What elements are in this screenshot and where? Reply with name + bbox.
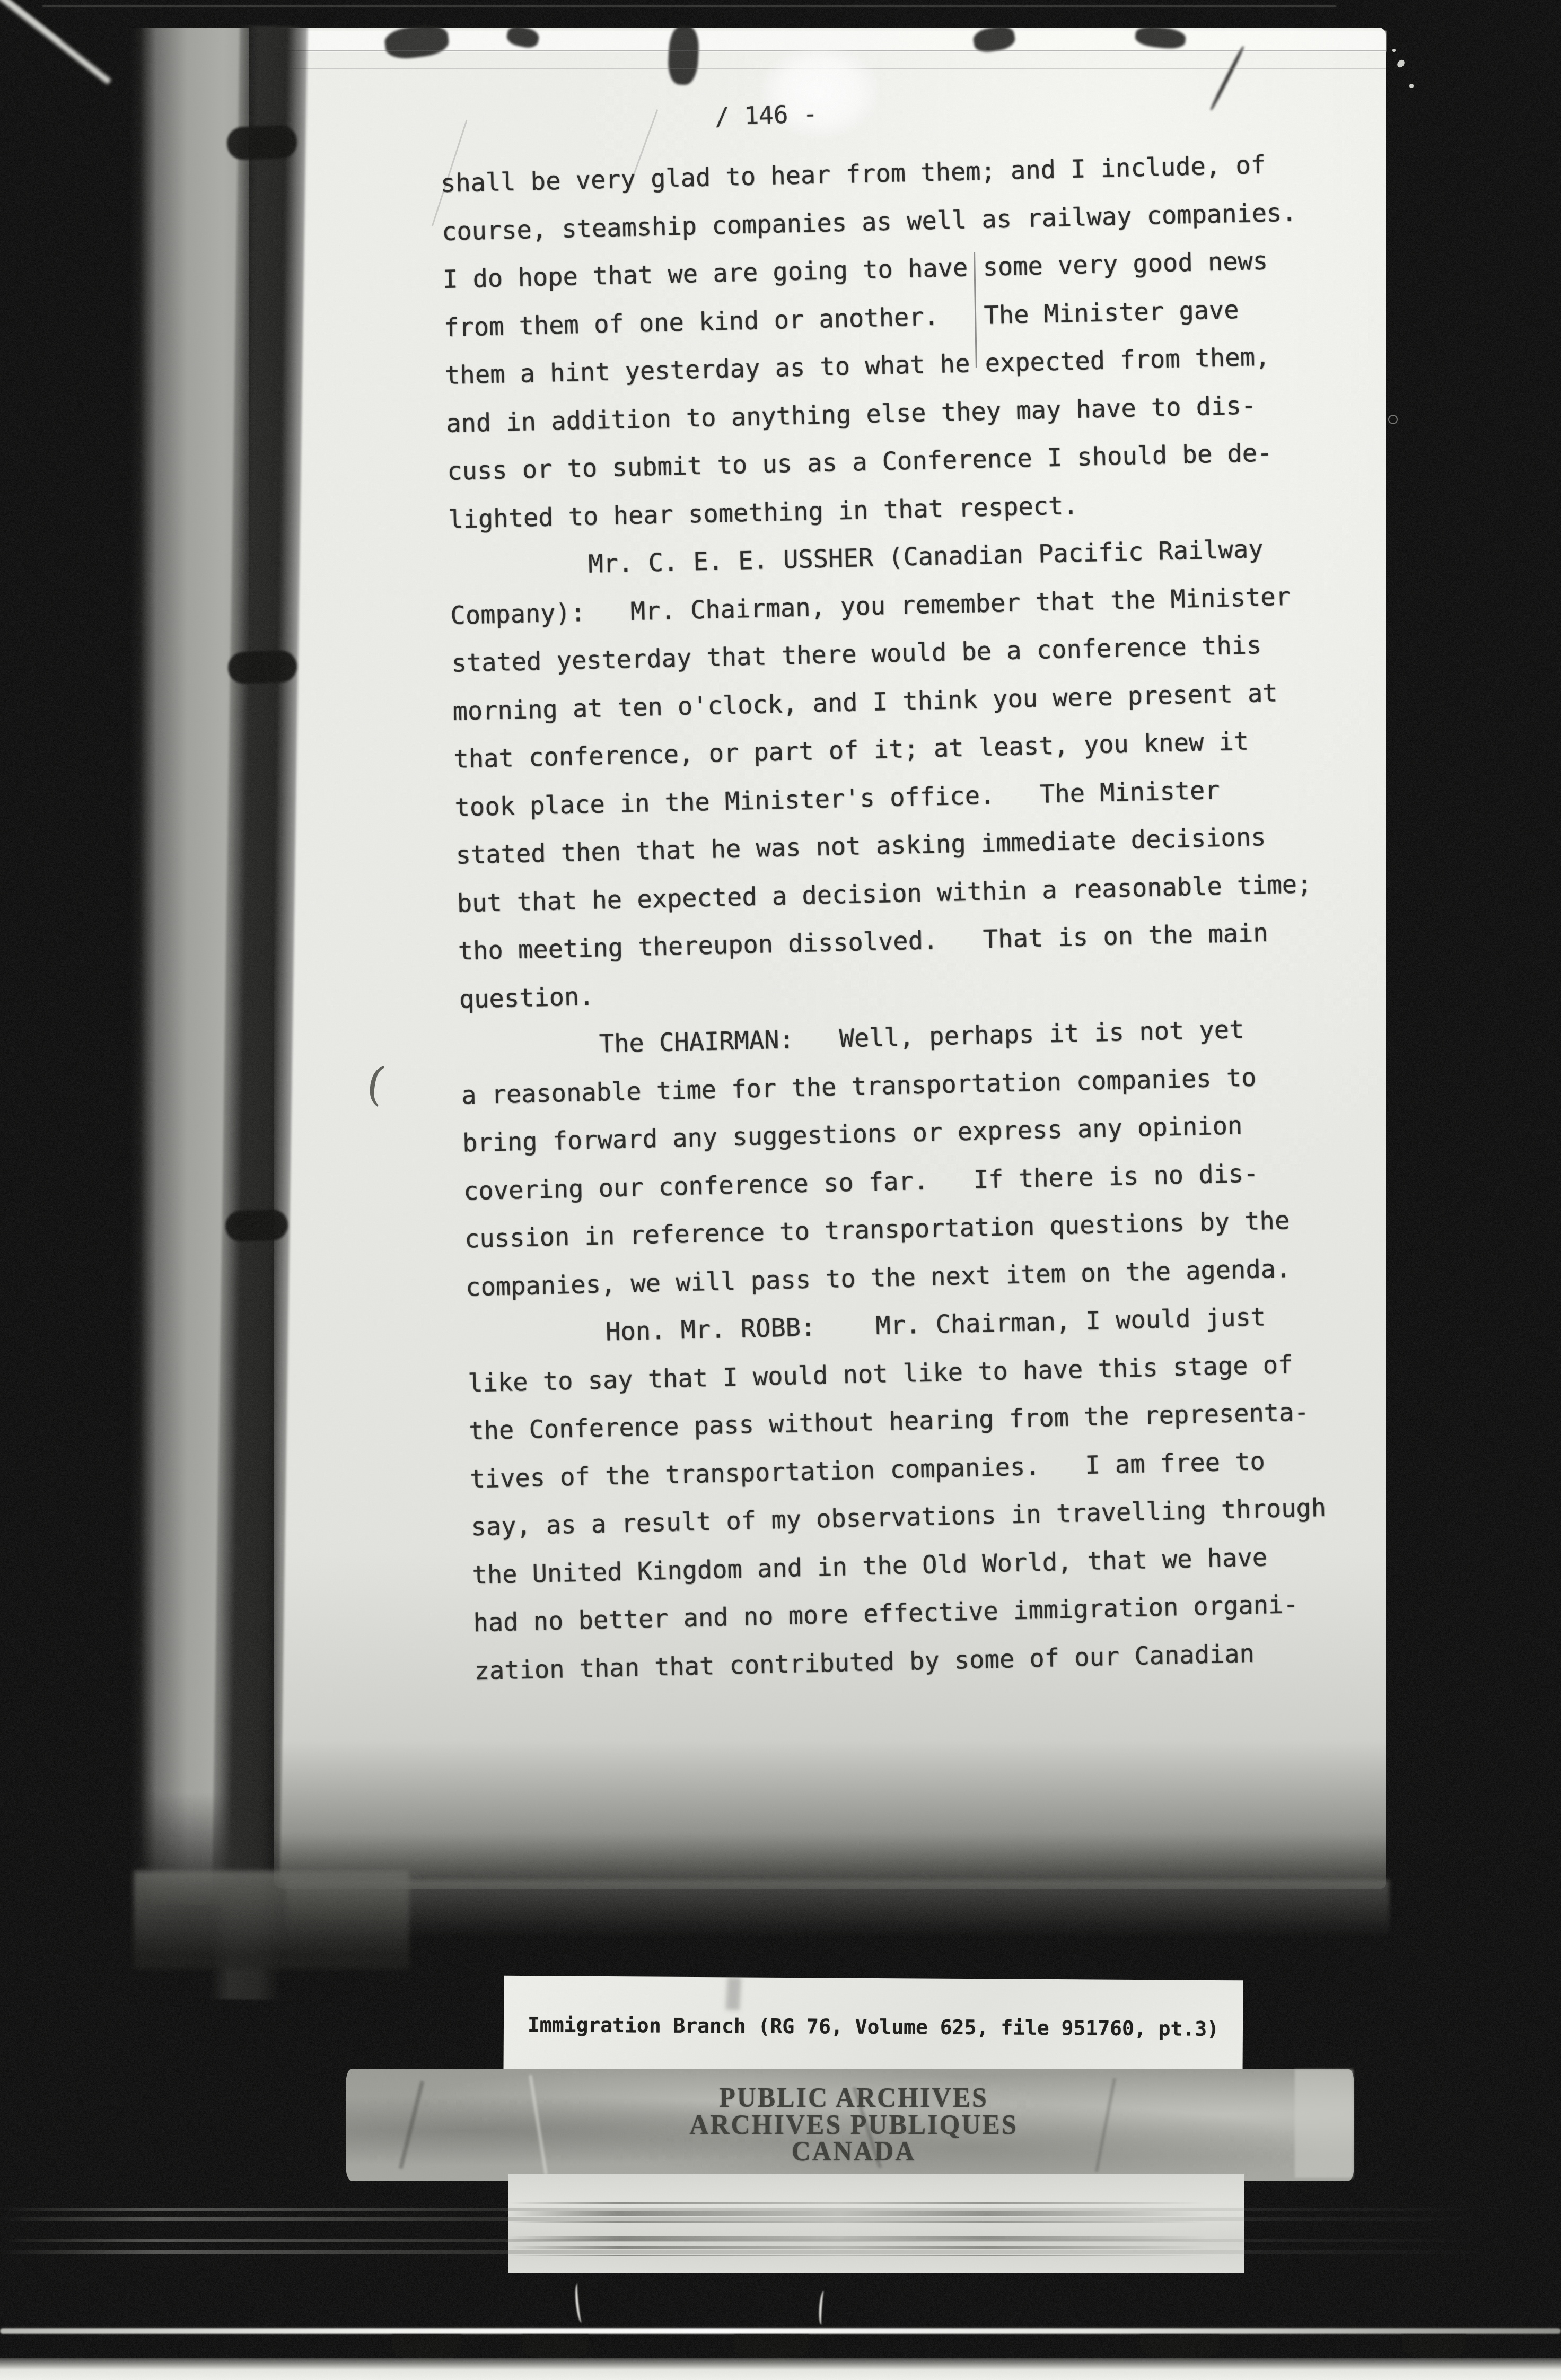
film-speck [1388,415,1398,424]
film-speck [1392,49,1396,52]
scratch-line [508,2255,1244,2256]
wrinkle-highlight [529,2075,548,2175]
film-speck [1396,58,1406,69]
typed-text-block: shall be very glad to hear from them; an… [440,139,1392,1696]
reference-label-text: Immigration Branch (RG 76, Volume 625, f… [528,2013,1219,2041]
stamp-line-french: ARCHIVES PUBLIQUES [639,2111,1068,2138]
film-speck [574,2283,585,2323]
film-scratch-band [0,2250,1561,2254]
microfilm-frame: / 146 - shall be very glad to hear from … [0,0,1561,2380]
film-scratch-band [0,2208,1561,2211]
wrinkle-shadow [399,2081,425,2169]
scratch-line [508,2211,1244,2216]
film-corner-scratch [0,0,111,84]
archives-stamp: PUBLIC ARCHIVES ARCHIVES PUBLIQUES CANAD… [639,2084,1068,2164]
film-scratch-band [0,2239,1561,2242]
scratch-line [508,2221,1244,2222]
frame-notch [522,2334,589,2361]
tape-strip [1295,2069,1353,2178]
wrinkle-shadow [1095,2078,1116,2172]
torn-edge-mark [383,23,450,61]
staple-shadow [226,125,297,161]
stamp-line-country: CANADA [639,2138,1068,2164]
film-frame-line [0,2328,1561,2334]
frame-notch [1140,2334,1220,2361]
page-bottom-shadow [286,1880,1389,1938]
torn-edge-mark [667,25,700,86]
reference-label: Immigration Branch (RG 76, Volume 625, f… [503,1976,1243,2079]
film-speck [1409,84,1414,88]
film-scratch-band [0,2217,1561,2221]
film-speck [818,2291,827,2325]
film-frame-hairline [42,5,1336,7]
staple-shadow [225,1209,288,1242]
film-frame-bottom [0,2358,1561,2380]
page-bottom-remnant [134,1871,409,1969]
scratch-line [508,2246,1244,2249]
label-smudge [726,1977,742,2010]
page-number: / 146 - [714,99,818,131]
edge-scratch [1209,46,1246,111]
scratch-line [508,2202,1244,2204]
frame-notch [1402,2334,1466,2360]
film-splice-block [508,2174,1244,2273]
stamp-line-english: PUBLIC ARCHIVES [639,2084,1068,2111]
staple-shadow [227,650,297,685]
